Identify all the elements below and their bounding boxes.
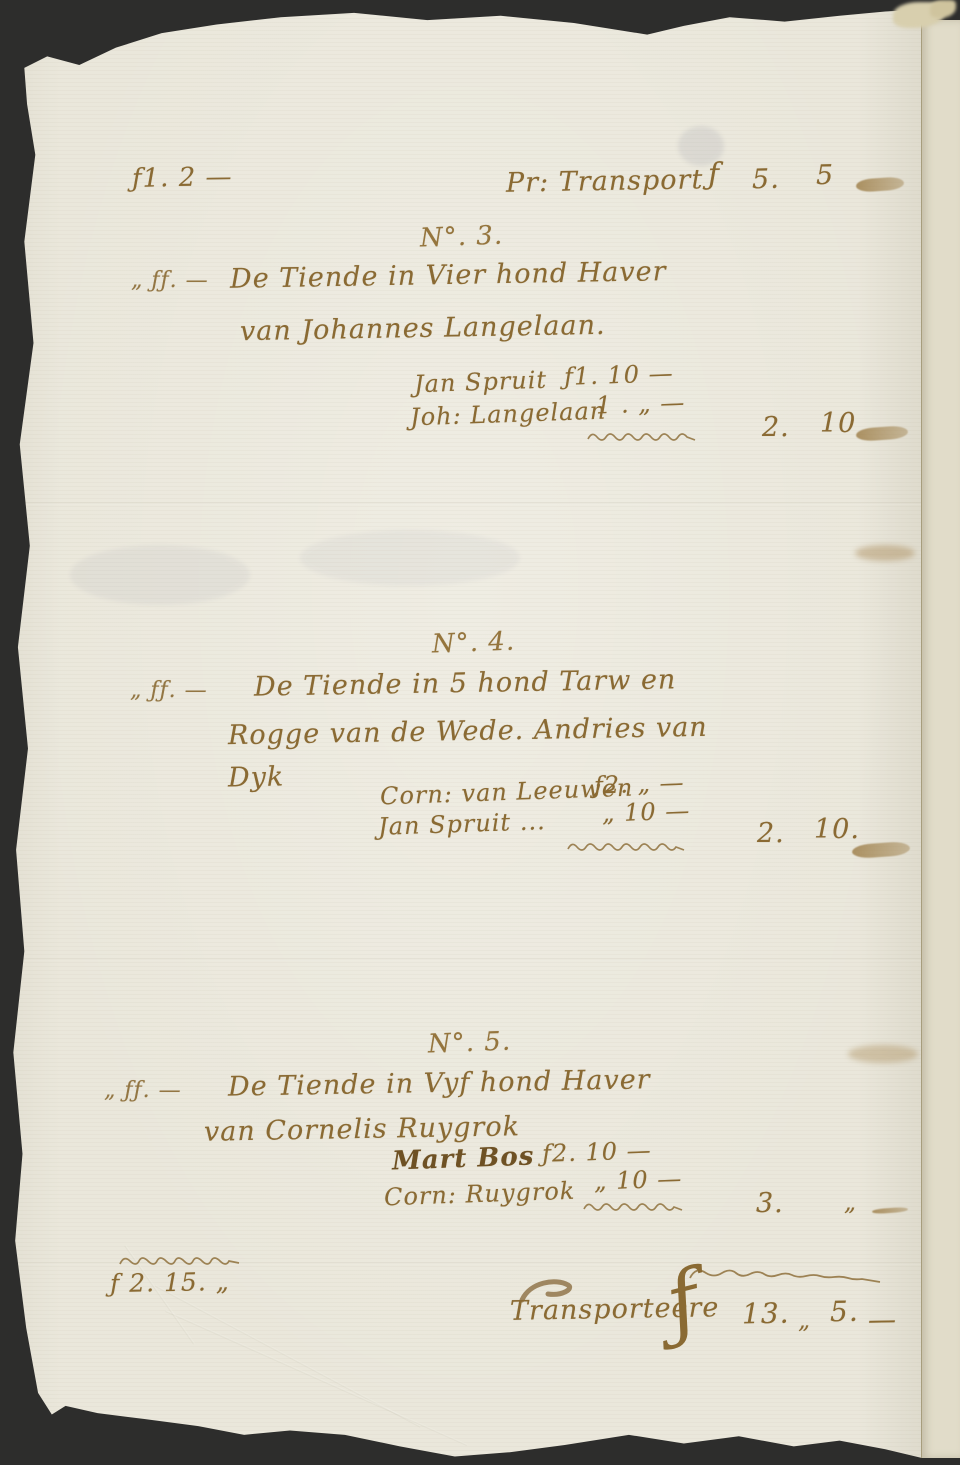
entry-heading: N°. 3. (420, 223, 504, 252)
florin-sign: ƒ (708, 160, 721, 190)
entry-total-stuivers: „ (844, 1192, 857, 1215)
horizontal-crease (6, 958, 922, 961)
entry-total-stuivers: 10. (814, 816, 860, 843)
payment-name: Mart Bos (392, 1144, 535, 1175)
ink-squiggle-flourish (686, 1264, 908, 1286)
ink-smudge-margin (855, 545, 915, 561)
frayed-paper-corner (930, 0, 956, 18)
entry-margin-mark: „ ƒƒ. — (131, 270, 209, 292)
entry-margin-mark: „ ƒƒ. — (130, 680, 208, 702)
horizontal-crease (6, 502, 922, 505)
ink-bleedthrough (300, 530, 520, 586)
entry-description-line: Rogge van de Wede. Andries van (228, 714, 708, 749)
scanned-ledger-page: ƒ1. 2 — Pr: Transport ƒ 5. 5 N°. 3. „ ƒƒ… (0, 0, 960, 1465)
entry-description-line: De Tiende in Vyf hond Haver (228, 1066, 651, 1100)
entry-heading: N°. 4. (432, 629, 516, 658)
left-column-subtotal: ƒ 2. 15. „ (110, 1269, 230, 1296)
ink-smudge-margin (848, 1045, 918, 1063)
ink-bleedthrough (70, 545, 250, 605)
entry-description-line: Dyk (228, 764, 285, 792)
entry-description-line: De Tiende in 5 hond Tarw en (254, 666, 677, 700)
payment-name: Jan Spruit (414, 368, 548, 397)
entry-total-stuivers: 10 (820, 410, 856, 437)
payment-name: Corn: Ruygrok (384, 1179, 576, 1210)
entry-description-line: De Tiende in Vier hond Haver (230, 258, 667, 293)
carried-amount-left: ƒ1. 2 — (132, 164, 233, 192)
payment-amount: ƒ1. 10 — (564, 361, 674, 389)
entry-heading: N°. 5. (428, 1029, 512, 1058)
adjacent-page-edge (921, 20, 960, 1458)
entry-description-line: van Cornelis Ruygrok (204, 1113, 520, 1146)
entry-description-line: van Johannes Langelaan. (240, 312, 606, 345)
footer-total-guilders: 13. (742, 1300, 790, 1329)
entry-total-guilders: 3. (756, 1190, 784, 1217)
payment-amount: „ 10 — (594, 1166, 683, 1193)
entry-total-guilders: 2. (762, 414, 790, 441)
ink-squiggle-underline (586, 430, 706, 446)
transport-stuivers: 5 (816, 162, 835, 189)
ink-squiggle-underline (582, 1200, 696, 1216)
payment-amount: ƒ2. „ — (594, 770, 685, 797)
payment-amount: ƒ2. 10 — (542, 1138, 652, 1166)
entry-total-guilders: 2. (757, 820, 785, 847)
ink-squiggle-underline (566, 840, 698, 856)
transport-guilders: 5. (752, 166, 780, 193)
footer-total-stuivers: 5. (830, 1298, 859, 1326)
transport-header-label: Pr: Transport (506, 166, 704, 196)
footer-total-dash: — (868, 1306, 897, 1335)
payment-amount: „ 10 — (602, 798, 691, 825)
payment-amount: 1 . „ — (596, 390, 686, 417)
footer-total-separator: „ (798, 1310, 811, 1333)
payment-name: Jan Spruit ... (378, 809, 546, 839)
payment-name: Joh: Langelaan (410, 399, 607, 430)
entry-margin-mark: „ ƒƒ. — (104, 1080, 182, 1102)
